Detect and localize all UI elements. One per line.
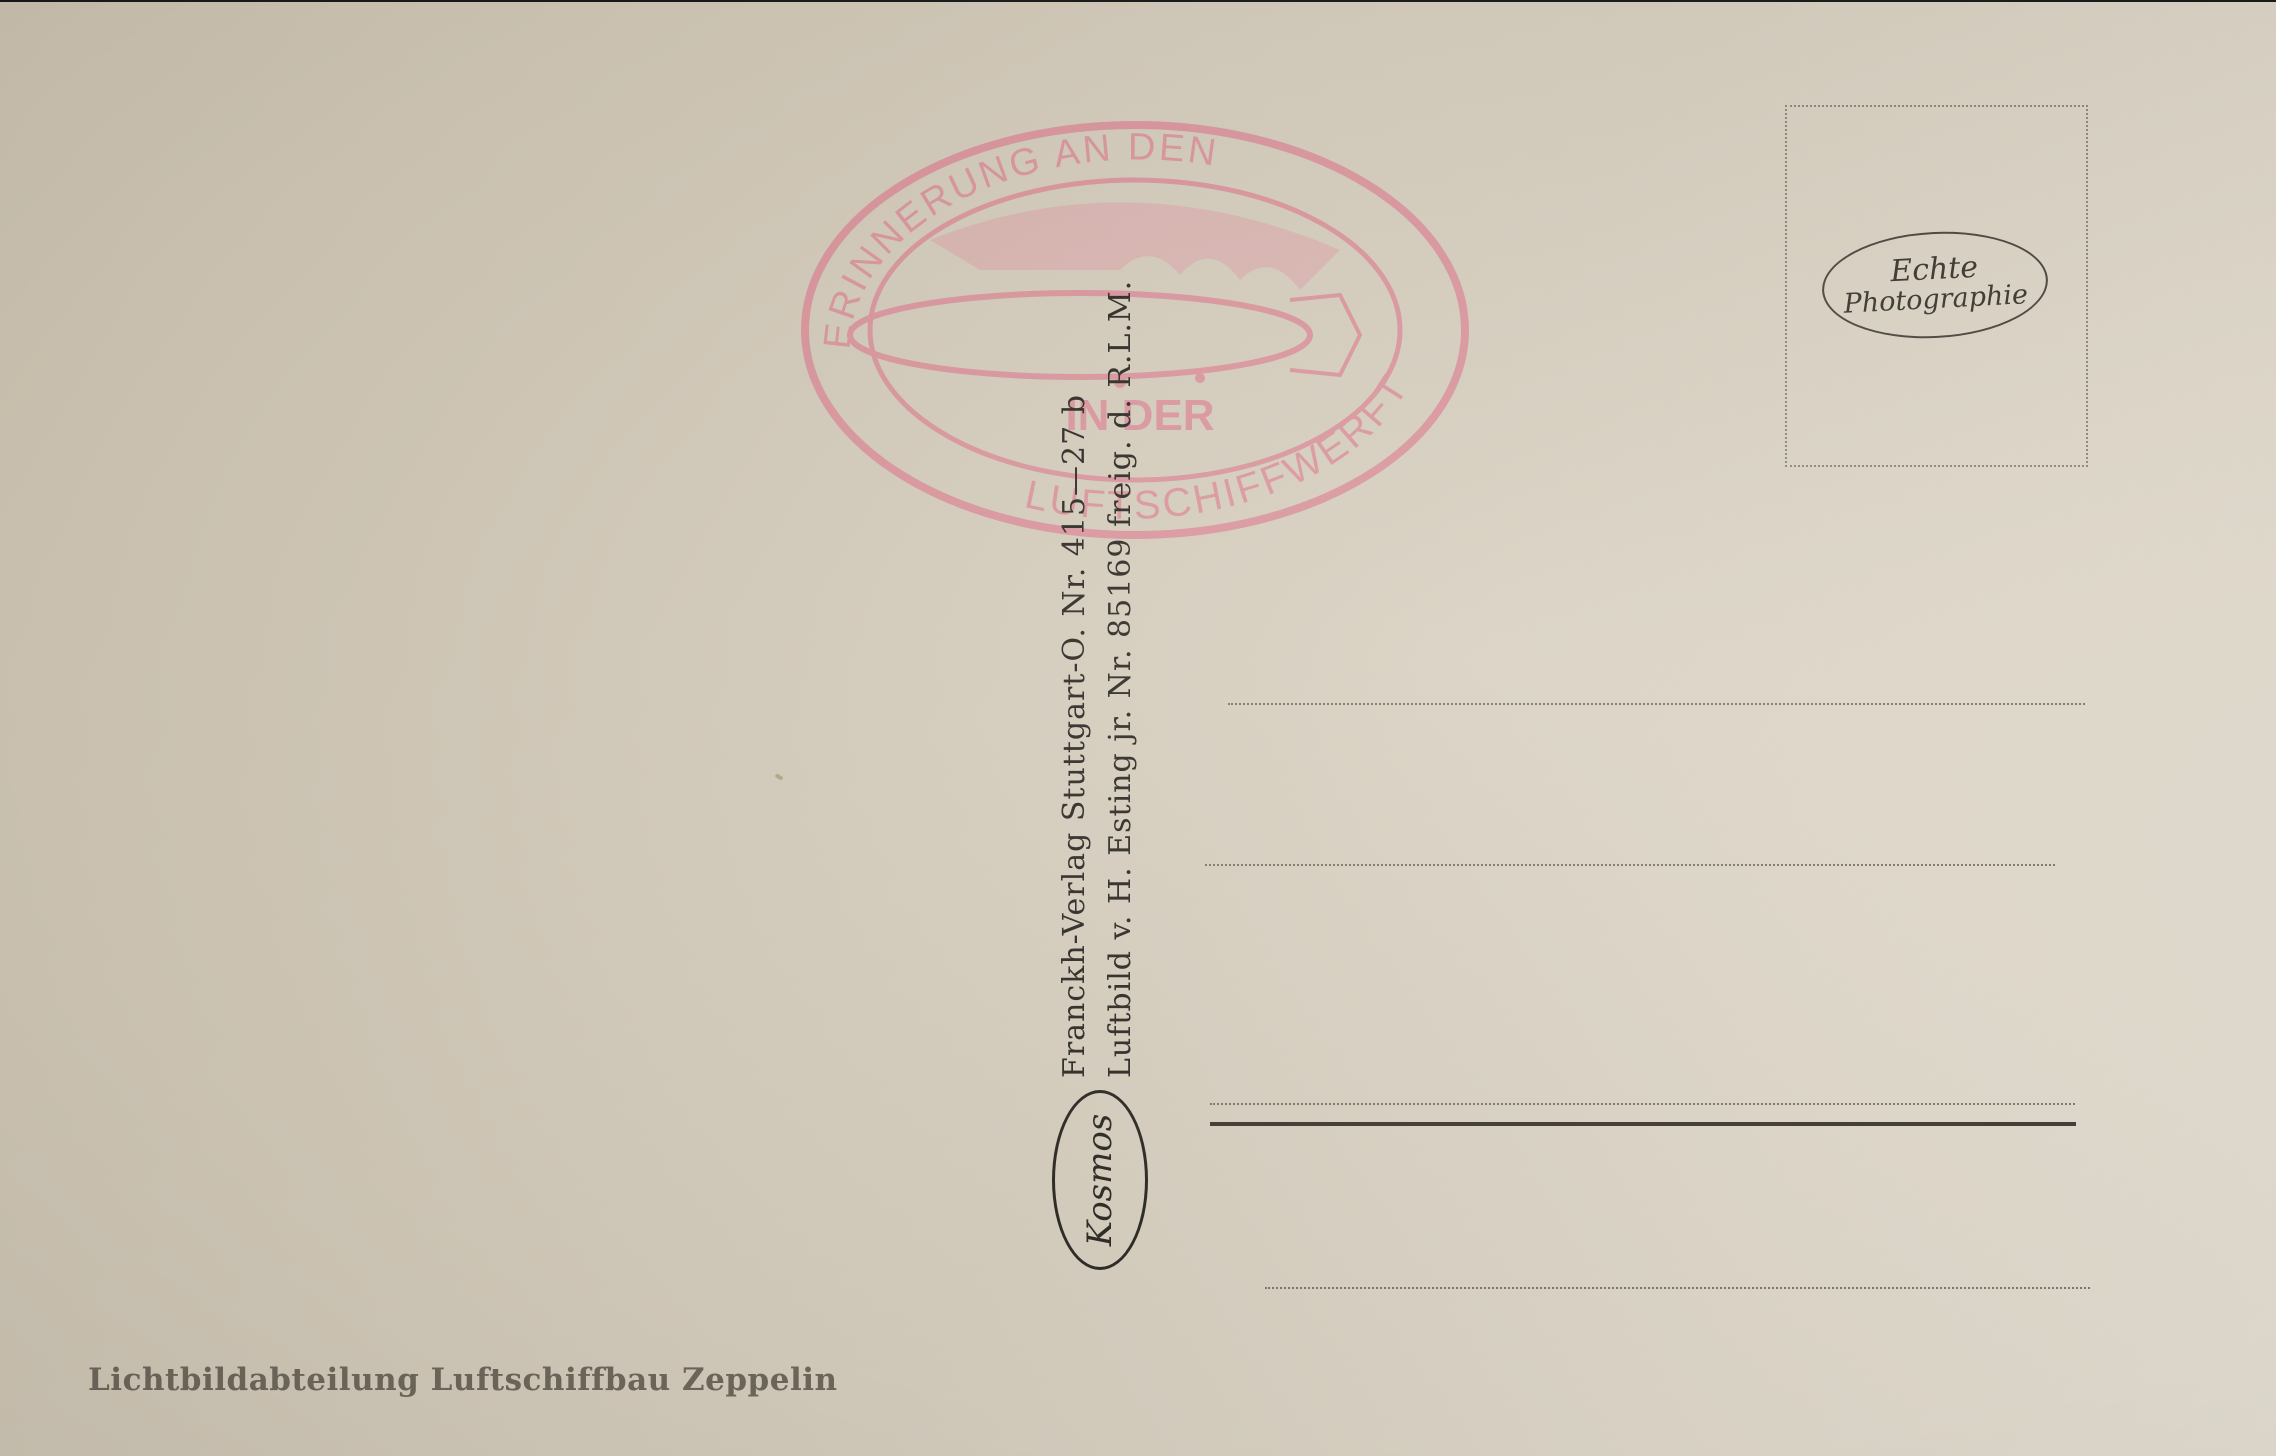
address-line-4 [1265,1287,2090,1289]
card-top-edge [0,0,2276,2]
address-line-3 [1210,1122,2076,1126]
publisher-line-1: Franckh-Verlag Stuttgart-O. Nr. 415—27 b [1052,178,1098,1078]
photo-mark-line-2: Photographie [1843,280,2029,320]
kosmos-logo: Kosmos [1052,1090,1148,1270]
address-line-2 [1205,864,2055,866]
kosmos-logo-text: Kosmos [1080,1114,1120,1247]
address-line-1 [1228,703,2085,705]
paper-speck [775,773,784,780]
publisher-line-2: Luftbild v. H. Esting jr. Nr. 85169 frei… [1098,178,1144,1078]
address-line-3-dotted [1210,1103,2075,1105]
publisher-imprint: Franckh-Verlag Stuttgart-O. Nr. 415—27 b… [1052,178,1144,1078]
card-caption: Lichtbildabteilung Luftschiffbau Zeppeli… [88,1362,838,1398]
